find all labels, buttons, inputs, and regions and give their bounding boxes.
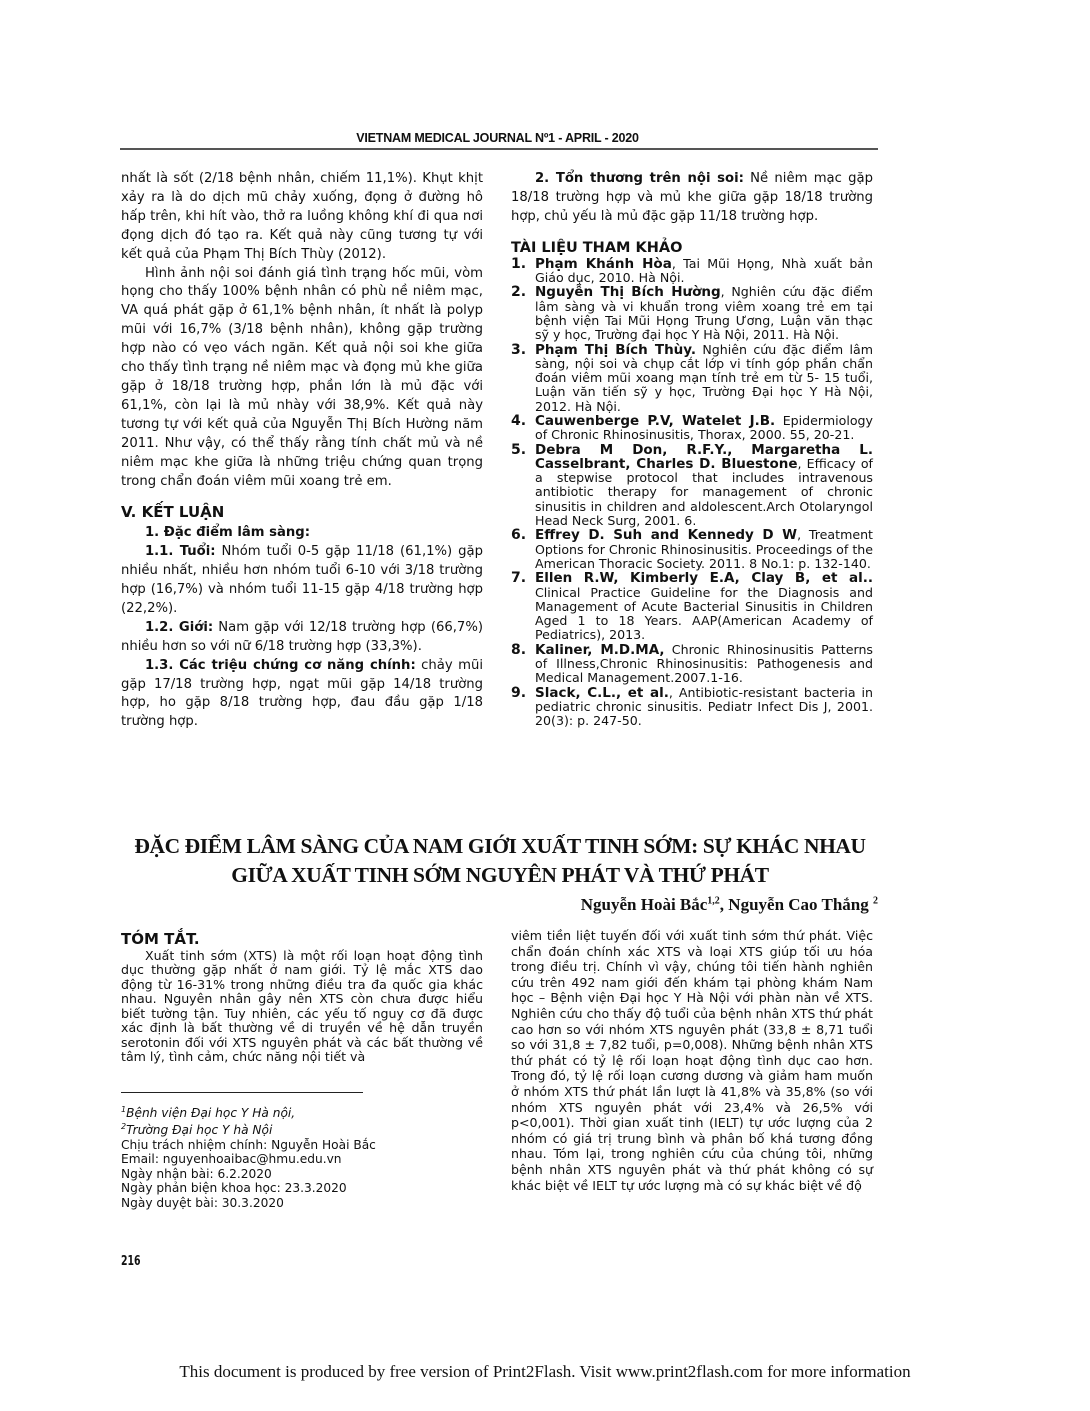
label: 1.3. Các triệu chứng cơ năng chính:	[145, 658, 416, 673]
received-date: Ngày nhận bài: 6.2.2020	[121, 1167, 483, 1181]
paragraph-endoscopy: 2. Tổn thương trên nội soi: Nề niêm mạc …	[511, 170, 873, 227]
reference-item: 2.Nguyễn Thị Bích Hường, Nghiên cứu đặc …	[511, 285, 873, 342]
title-line-1: ĐẶC ĐIỂM LÂM SÀNG CỦA NAM GIỚI XUẤT TINH…	[115, 832, 885, 861]
label: 1.2. Giới:	[145, 620, 213, 635]
references-heading: TÀI LIỆU THAM KHẢO	[511, 239, 873, 257]
right-column: 2. Tổn thương trên nội soi: Nề niêm mạc …	[511, 170, 873, 729]
footnote-rule	[121, 1092, 363, 1093]
review-date: Ngày phản biện khoa học: 23.3.2020	[121, 1181, 483, 1195]
author-1: Nguyễn Hoài Bắc	[581, 895, 708, 914]
reference-item: 8.Kaliner, M.D.MA, Chronic Rhinosinusiti…	[511, 643, 873, 686]
article-title: ĐẶC ĐIỂM LÂM SÀNG CỦA NAM GIỚI XUẤT TINH…	[115, 832, 885, 890]
journal-header: VIETNAM MEDICAL JOURNAL Nº1 - APRIL - 20…	[120, 131, 875, 145]
header-rule	[120, 148, 878, 150]
reference-item: 7.Ellen R.W, Kimberly E.A, Clay B, et al…	[511, 571, 873, 642]
subsection-heading: 1. Đặc điểm lâm sàng:	[121, 524, 483, 543]
label: 2. Tổn thương trên nội soi:	[535, 171, 744, 186]
abstract-text: viêm tiền liệt tuyến đối với xuất tinh s…	[511, 928, 873, 1193]
abstract-heading: TÓM TẮT.	[121, 932, 483, 947]
author-line: Nguyễn Hoài Bắc1,2, Nguyễn Cao Thắng 2	[581, 895, 878, 915]
title-line-2: GIỮA XUẤT TINH SỚM NGUYÊN PHÁT VÀ THỨ PH…	[115, 861, 885, 890]
reference-item: 1.Phạm Khánh Hòa, Tai Mũi Họng, Nhà xuất…	[511, 257, 873, 286]
reference-item: 9.Slack, C.L., et al., Antibiotic-resist…	[511, 686, 873, 729]
abstract-right: viêm tiền liệt tuyến đối với xuất tinh s…	[511, 928, 873, 1193]
paragraph: Hình ảnh nội soi đánh giá tình trạng hốc…	[121, 265, 483, 492]
abstract-text: Xuất tinh sớm (XTS) là một rối loạn hoạt…	[121, 949, 483, 1065]
affiliation-1: 1Bệnh viện Đại học Y Hà nội,	[121, 1103, 483, 1120]
section-heading-conclusion: V. KẾT LUẬN	[121, 503, 483, 522]
paragraph-symptoms: 1.3. Các triệu chứng cơ năng chính: chảy…	[121, 657, 483, 733]
footnotes: 1Bệnh viện Đại học Y Hà nội, 2Trường Đại…	[121, 1103, 483, 1210]
affiliation-2: 2Trường Đại học Y hà Nội	[121, 1120, 483, 1137]
left-column: nhất là sốt (2/18 bệnh nhân, chiếm 11,1%…	[121, 170, 483, 732]
paragraph: nhất là sốt (2/18 bệnh nhân, chiếm 11,1%…	[121, 170, 483, 265]
author-2: Nguyễn Cao Thắng	[728, 895, 873, 914]
reference-item: 4.Cauwenberge P.V, Watelet J.B. Epidermi…	[511, 414, 873, 443]
print2flash-watermark: This document is produced by free versio…	[0, 1362, 1090, 1382]
paragraph-gender: 1.2. Giới: Nam gặp với 12/18 trường hợp …	[121, 619, 483, 657]
paragraph-age: 1.1. Tuổi: Nhóm tuổi 0-5 gặp 11/18 (61,1…	[121, 543, 483, 619]
reference-list: 1.Phạm Khánh Hòa, Tai Mũi Họng, Nhà xuất…	[511, 257, 873, 729]
reference-item: 5.Debra M Don, R.F.Y., Margaretha L. Cas…	[511, 443, 873, 529]
label: 1.1. Tuổi:	[145, 544, 216, 559]
abstract-left: TÓM TẮT. Xuất tinh sớm (XTS) là một rối …	[121, 932, 483, 1065]
reference-item: 6.Effrey D. Suh and Kennedy D W, Treatme…	[511, 528, 873, 571]
reference-item: 3.Phạm Thị Bích Thùy. Nghiên cứu đặc điể…	[511, 343, 873, 414]
responsible-author: Chịu trách nhiệm chính: Nguyễn Hoài Bắc	[121, 1138, 483, 1152]
page-number: 216	[121, 1254, 141, 1269]
accepted-date: Ngày duyệt bài: 30.3.2020	[121, 1196, 483, 1210]
email: Email: nguyenhoaibac@hmu.edu.vn	[121, 1152, 483, 1166]
